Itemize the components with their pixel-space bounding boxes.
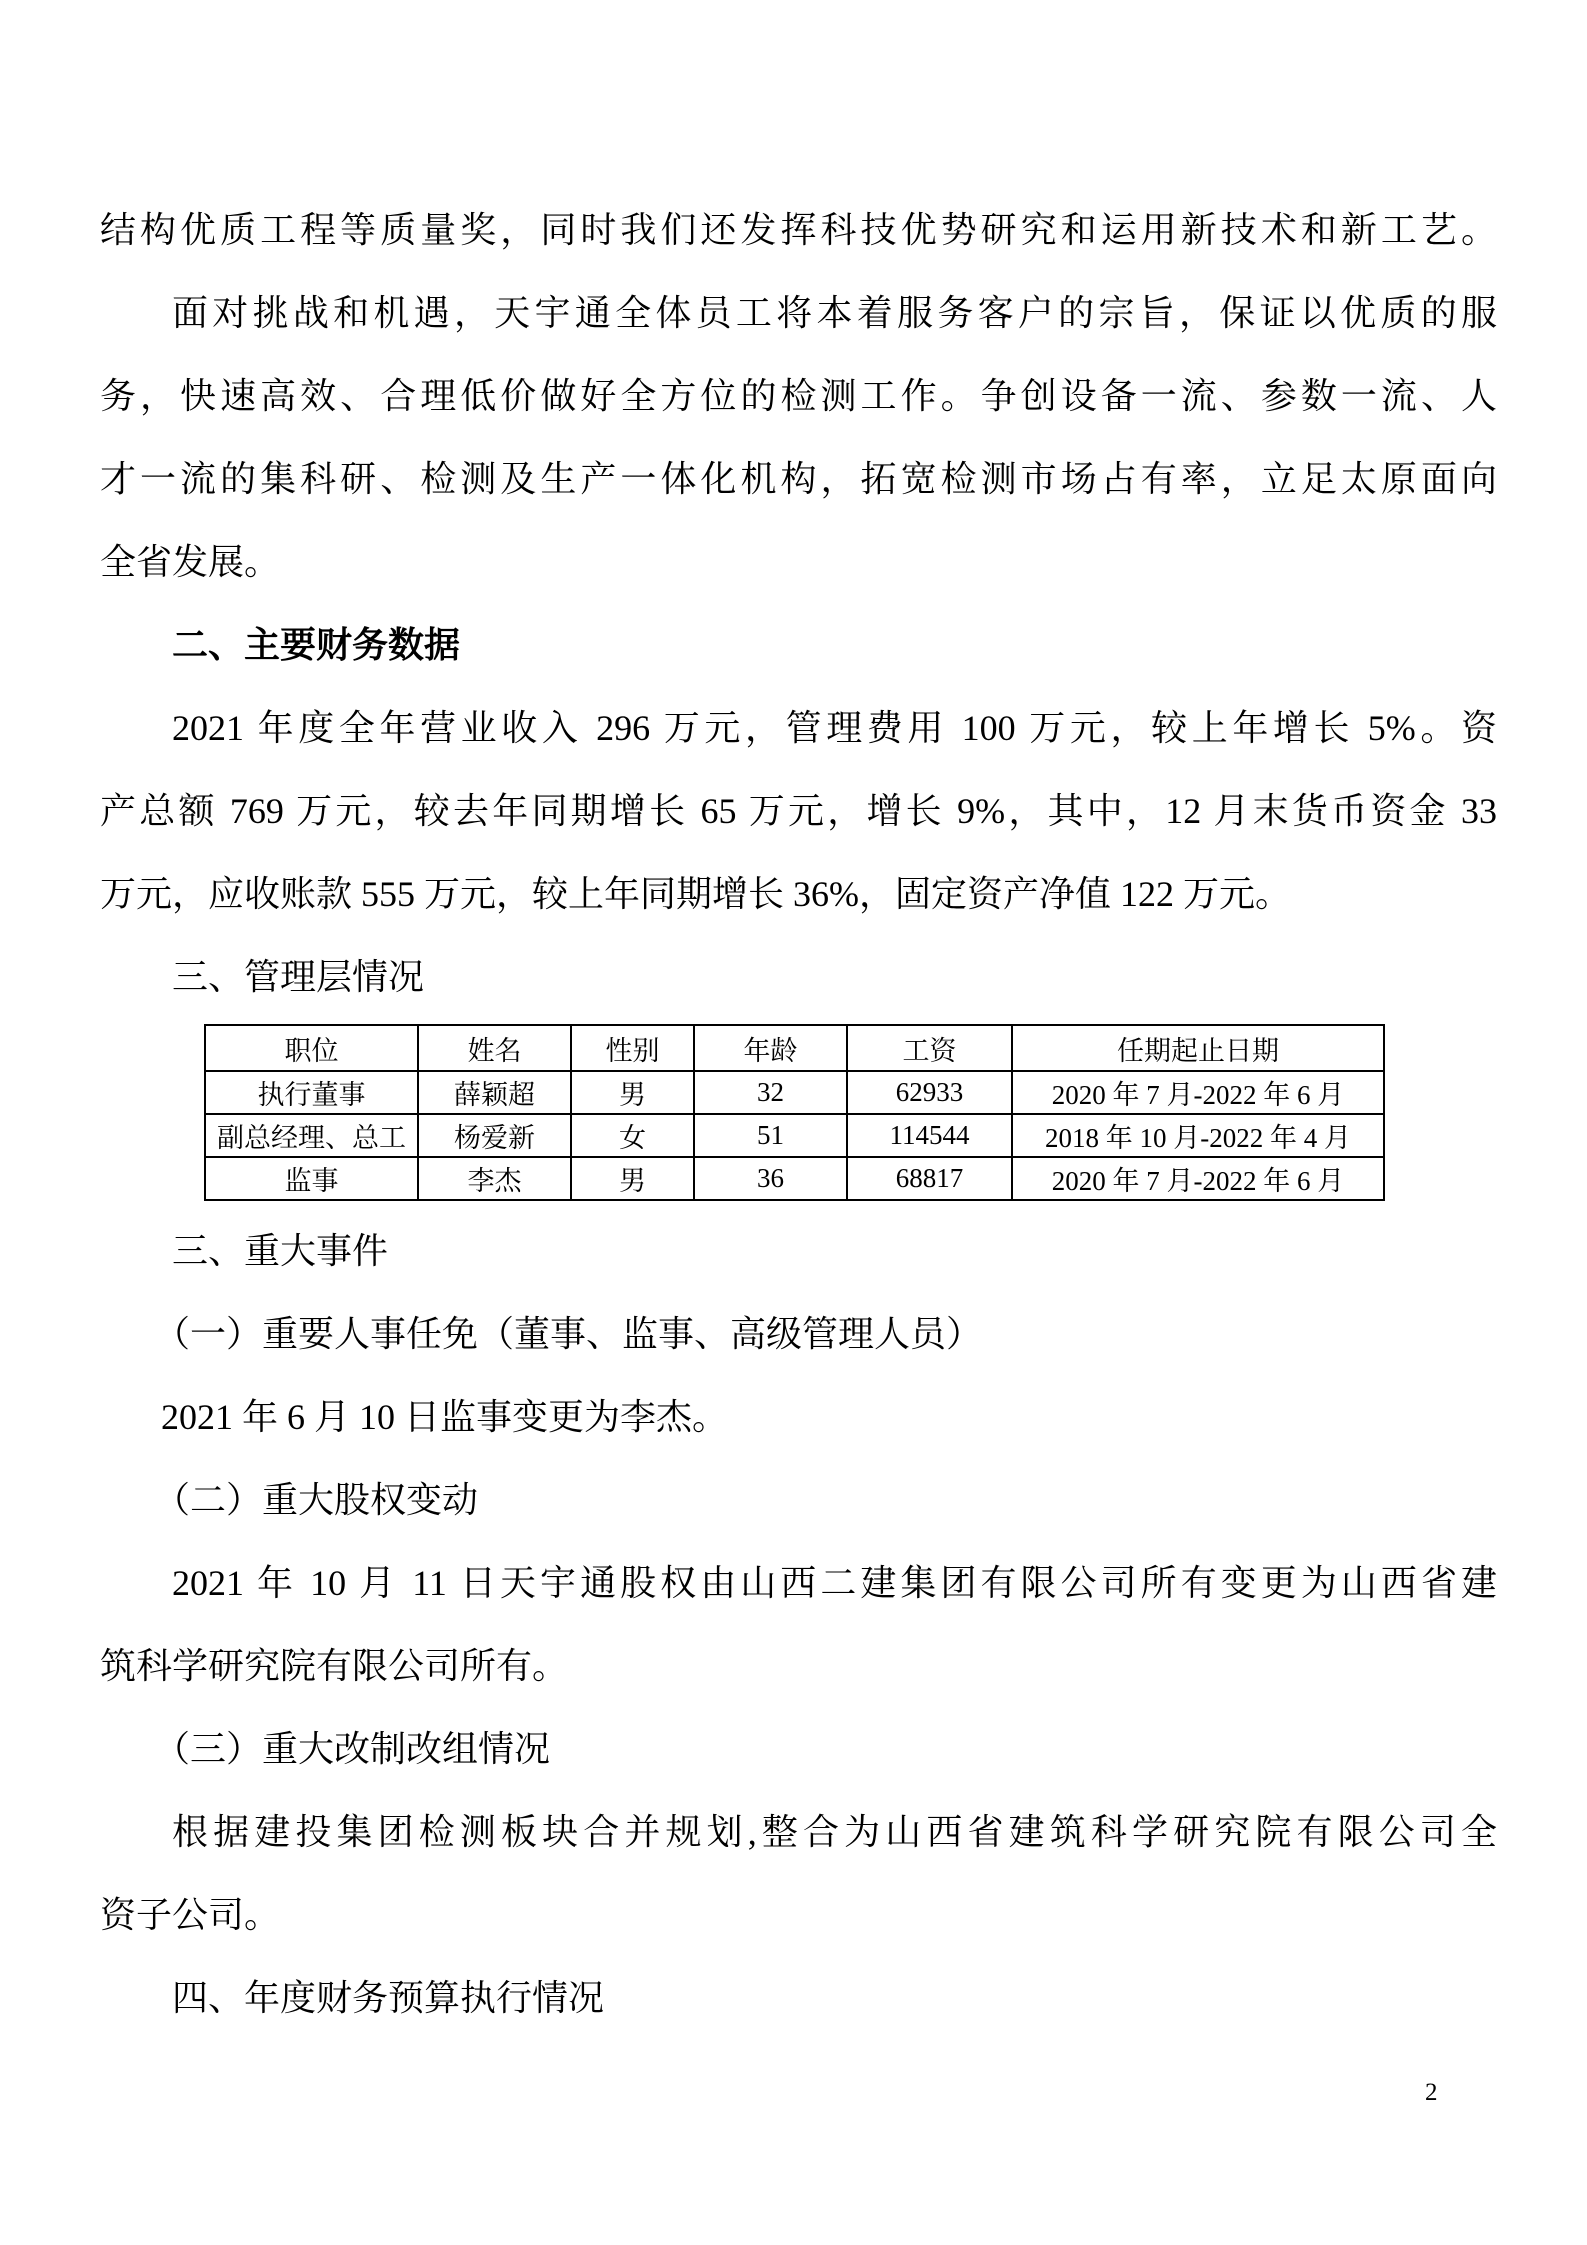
paragraph-line: 面对挑战和机遇，天宇通全体员工将本着服务客户的宗旨，保证以优质的服: [100, 272, 1497, 355]
cell-salary: 68817: [847, 1157, 1012, 1200]
paragraph-line: 筑科学研究院有限公司所有。: [100, 1625, 1497, 1708]
heading-financial-data: 二、主要财务数据: [100, 604, 1497, 687]
cell-gender: 女: [571, 1114, 694, 1157]
subheading-restructuring: （三）重大改制改组情况: [100, 1708, 1497, 1791]
paragraph-line: 全省发展。: [100, 521, 1497, 604]
cell-name: 杨爱新: [418, 1114, 571, 1157]
paragraph-line: 万元，应收账款 555 万元，较上年同期增长 36%，固定资产净值 122 万元…: [100, 853, 1497, 936]
cell-gender: 男: [571, 1157, 694, 1200]
cell-position: 监事: [205, 1157, 418, 1200]
paragraph-line: 根据建投集团检测板块合并规划,整合为山西省建筑科学研究院有限公司全: [100, 1791, 1497, 1874]
cell-term: 2020 年 7 月-2022 年 6 月: [1012, 1157, 1384, 1200]
paragraph-line: 2021 年度全年营业收入 296 万元，管理费用 100 万元，较上年增长 5…: [100, 687, 1497, 770]
document-page: 结构优质工程等质量奖，同时我们还发挥科技优势研究和运用新技术和新工艺。 面对挑战…: [0, 0, 1587, 2245]
subheading-personnel: （一）重要人事任免（董事、监事、高级管理人员）: [100, 1293, 1497, 1376]
cell-name: 李杰: [418, 1157, 571, 1200]
heading-management: 三、管理层情况: [100, 936, 1497, 1019]
table-row: 副总经理、总工 杨爱新 女 51 114544 2018 年 10 月-2022…: [205, 1114, 1384, 1157]
col-header-gender: 性别: [571, 1025, 694, 1071]
paragraph-line: 2021 年 10 月 11 日天宇通股权由山西二建集团有限公司所有变更为山西省…: [100, 1542, 1497, 1625]
col-header-salary: 工资: [847, 1025, 1012, 1071]
cell-position: 副总经理、总工: [205, 1114, 418, 1157]
cell-term: 2018 年 10 月-2022 年 4 月: [1012, 1114, 1384, 1157]
paragraph-line: 结构优质工程等质量奖，同时我们还发挥科技优势研究和运用新技术和新工艺。: [100, 189, 1497, 272]
subheading-equity: （二）重大股权变动: [100, 1459, 1497, 1542]
document-body: 结构优质工程等质量奖，同时我们还发挥科技优势研究和运用新技术和新工艺。 面对挑战…: [100, 189, 1497, 2040]
cell-salary: 114544: [847, 1114, 1012, 1157]
cell-age: 36: [694, 1157, 847, 1200]
page-number: 2: [1425, 2078, 1438, 2108]
heading-budget: 四、年度财务预算执行情况: [100, 1957, 1497, 2040]
paragraph-line: 务，快速高效、合理低价做好全方位的检测工作。争创设备一流、参数一流、人: [100, 355, 1497, 438]
paragraph-line: 2021 年 6 月 10 日监事变更为李杰。: [100, 1376, 1497, 1459]
col-header-term: 任期起止日期: [1012, 1025, 1384, 1071]
cell-age: 51: [694, 1114, 847, 1157]
paragraph-line: 资子公司。: [100, 1874, 1497, 1957]
col-header-age: 年龄: [694, 1025, 847, 1071]
cell-gender: 男: [571, 1071, 694, 1114]
cell-term: 2020 年 7 月-2022 年 6 月: [1012, 1071, 1384, 1114]
paragraph-line: 产总额 769 万元，较去年同期增长 65 万元，增长 9%，其中，12 月末货…: [100, 770, 1497, 853]
col-header-position: 职位: [205, 1025, 418, 1071]
heading-major-events: 三、重大事件: [100, 1210, 1497, 1293]
paragraph-line: 才一流的集科研、检测及生产一体化机构，拓宽检测市场占有率，立足太原面向: [100, 438, 1497, 521]
management-table: 职位 姓名 性别 年龄 工资 任期起止日期 执行董事 薛颖超 男 32 6293…: [204, 1024, 1385, 1201]
table-row: 执行董事 薛颖超 男 32 62933 2020 年 7 月-2022 年 6 …: [205, 1071, 1384, 1114]
cell-salary: 62933: [847, 1071, 1012, 1114]
cell-age: 32: [694, 1071, 847, 1114]
table-header-row: 职位 姓名 性别 年龄 工资 任期起止日期: [205, 1025, 1384, 1071]
col-header-name: 姓名: [418, 1025, 571, 1071]
cell-name: 薛颖超: [418, 1071, 571, 1114]
table-row: 监事 李杰 男 36 68817 2020 年 7 月-2022 年 6 月: [205, 1157, 1384, 1200]
cell-position: 执行董事: [205, 1071, 418, 1114]
